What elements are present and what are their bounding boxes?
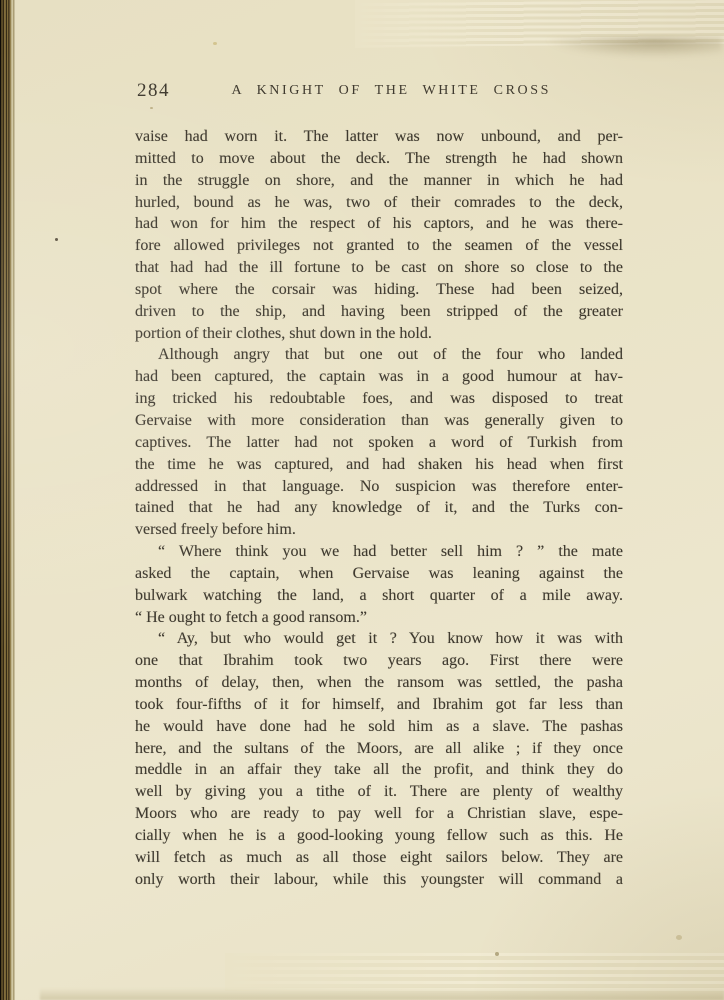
body-line: tained that he had any knowledge of it, … [135,497,623,519]
body-line: Moors who are ready to pay well for a Ch… [135,803,623,825]
body-line: versed freely before him. [135,519,623,541]
page-number: 284 [137,80,170,102]
body-line: cially when he is a good-looking young f… [135,825,623,847]
body-line: had been captured, the captain was in a … [135,366,623,388]
body-line: meddle in an affair they take all the pr… [135,759,623,781]
body-line: spot where the corsair was hiding. These… [135,279,623,301]
body-line: hurled, bound as he was, two of their co… [135,192,623,214]
paper-speck [213,42,217,45]
body-line: had won for him the respect of his capto… [135,213,623,235]
body-line: asked the captain, when Gervaise was lea… [135,563,623,585]
body-line: took four-fifths of it for himself, and … [135,694,623,716]
paper-speck [676,935,682,940]
body-line: months of delay, then, when the ransom w… [135,672,623,694]
body-line: only worth their labour, while this youn… [135,869,623,891]
book-page-scan: 284 A KNIGHT OF THE WHITE CROSS vaise ha… [0,0,724,1000]
bottom-page-edge-shadow [40,988,724,1000]
body-line: “ Where think you we had better sell him… [135,541,623,563]
body-line: here, and the sultans of the Moors, are … [135,738,623,760]
body-line: captives. The latter had not spoken a wo… [135,432,623,454]
body-line: ing tricked his redoubtable foes, and wa… [135,388,623,410]
body-line: fore allowed privileges not granted to t… [135,235,623,257]
body-line: “ Ay, but who would get it ? You know ho… [135,628,623,650]
running-head: 284 A KNIGHT OF THE WHITE CROSS [135,80,622,104]
body-line: he would have done had he sold him as a … [135,716,623,738]
paper-speck [55,238,58,241]
body-line: that had had the ill fortune to be cast … [135,257,623,279]
body-line: well by giving you a tithe of it. There … [135,781,623,803]
body-line: bulwark watching the land, a short quart… [135,585,623,607]
body-line: driven to the ship, and having been stri… [135,301,623,323]
paper-speck [150,107,153,109]
body-line: addressed in that language. No suspicion… [135,476,623,498]
body-line: the time he was captured, and had shaken… [135,454,623,476]
body-line: will fetch as much as all those eight sa… [135,847,623,869]
body-text: vaise had worn it. The latter was now un… [135,126,623,891]
body-line: Although angry that but one out of the f… [135,344,623,366]
body-line: portion of their clothes, shut down in t… [135,323,623,345]
body-line: vaise had worn it. The latter was now un… [135,126,623,148]
body-line: Gervaise with more consideration than wa… [135,410,623,432]
body-line: mitted to move about the deck. The stren… [135,148,623,170]
body-line: “ He ought to fetch a good ransom.” [135,607,623,629]
running-title: A KNIGHT OF THE WHITE CROSS [232,83,552,99]
top-page-edge-shadow [545,38,722,58]
body-line: in the struggle on shore, and the manner… [135,170,623,192]
bottom-page-edges-fade [225,953,724,991]
book-binding-edge [0,0,15,1000]
body-line: one that Ibrahim took two years ago. Fir… [135,650,623,672]
